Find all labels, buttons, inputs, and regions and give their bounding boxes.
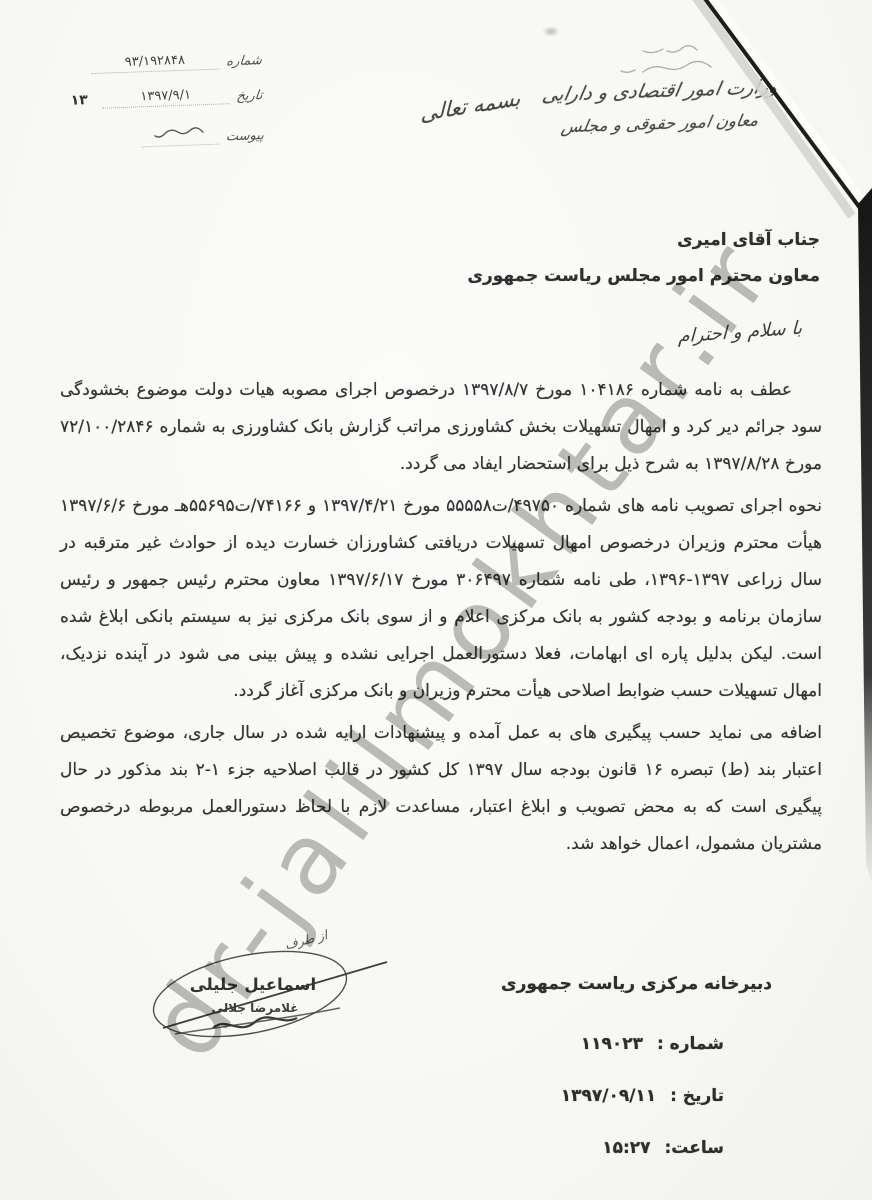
body-paragraph-1: عطف به نامه شماره ۱۰۴۱۸۶ مورخ ۱۳۹۷/۸/۷ د… bbox=[60, 372, 822, 483]
letterhead-emblem-scribble-icon bbox=[585, 40, 735, 78]
letterhead-department: معاون امور حقوقی و مجلس bbox=[523, 109, 796, 137]
ref-attachment-label: پیوست bbox=[225, 128, 264, 144]
secretariat-date-value: ۱۳۹۷/۰۹/۱۱ bbox=[561, 1086, 656, 1106]
ref-number-row: شماره ۹۳/۱۹۲۸۴۸ bbox=[36, 50, 261, 76]
ref-attachment-row: پیوست bbox=[39, 120, 265, 151]
secretariat-time-value: ۱۵:۲۷ bbox=[602, 1138, 650, 1158]
signature-block: از طرف اسماعیل جلیلی غلامرضا جلالی bbox=[135, 922, 395, 1052]
secretariat-number-row: شماره : ۱۱۹۰۲۳ bbox=[432, 1032, 772, 1056]
secretariat-time-row: ساعت: ۱۵:۲۷ bbox=[432, 1136, 772, 1160]
recipient-block: جناب آقای امیری معاون محترم امور مجلس ری… bbox=[467, 222, 820, 294]
ref-date-value: ۱۳۹۷/۹/۱ bbox=[101, 86, 230, 108]
secretariat-date-row: تاریخ : ۱۳۹۷/۰۹/۱۱ bbox=[432, 1084, 772, 1108]
ref-attachment-scribble bbox=[141, 122, 220, 148]
handwriting-scribble-icon bbox=[151, 122, 210, 140]
secretariat-number-value: ۱۱۹۰۲۳ bbox=[581, 1034, 643, 1054]
stamp-secondary-name: غلامرضا جلالی bbox=[212, 1001, 299, 1015]
scan-edge-shadow bbox=[858, 188, 872, 884]
ref-date-row: تاریخ ۱۳۹۷/۹/۱ ۱۳ bbox=[37, 85, 262, 111]
besmele-calligraphy: بسمه تعالی bbox=[399, 82, 543, 129]
letterhead: وزارت امور اقتصادی و دارایی معاون امور ح… bbox=[526, 40, 794, 133]
reference-stamp: شماره ۹۳/۱۹۲۸۴۸ تاریخ ۱۳۹۷/۹/۱ ۱۳ پیوست bbox=[36, 50, 265, 168]
secretariat-title: دبیرخانه مرکزی ریاست جمهوری bbox=[432, 972, 772, 996]
stamp-name: اسماعیل جلیلی bbox=[190, 975, 316, 994]
secretariat-date-label: تاریخ : bbox=[670, 1086, 724, 1106]
secretariat-stamp: دبیرخانه مرکزی ریاست جمهوری شماره : ۱۱۹۰… bbox=[432, 972, 772, 1188]
letterhead-ministry: وزارت امور اقتصادی و دارایی bbox=[523, 75, 797, 106]
scanned-letter-page: شماره ۹۳/۱۹۲۸۴۸ تاریخ ۱۳۹۷/۹/۱ ۱۳ پیوست … bbox=[0, 0, 872, 1200]
letter-body: عطف به نامه شماره ۱۰۴۱۸۶ مورخ ۱۳۹۷/۸/۷ د… bbox=[60, 372, 822, 868]
body-paragraph-3: اضافه می نماید حسب پیگیری های به عمل آمد… bbox=[60, 715, 822, 863]
body-paragraph-2: نحوه اجرای تصویب نامه های شماره ۴۹۷۵۰/ت۵… bbox=[60, 488, 822, 710]
handwritten-greeting: با سلام و احترام bbox=[677, 318, 802, 348]
recipient-title: معاون محترم امور مجلس ریاست جمهوری bbox=[467, 258, 820, 294]
secretariat-number-label: شماره : bbox=[657, 1034, 724, 1054]
ref-number-value: ۹۳/۱۹۲۸۴۸ bbox=[91, 52, 220, 74]
ref-date-label: تاریخ bbox=[236, 88, 263, 104]
secretariat-time-label: ساعت: bbox=[664, 1138, 724, 1158]
scan-smudge bbox=[542, 26, 560, 37]
ref-number-label: شماره bbox=[225, 53, 262, 69]
ref-margin-number: ۱۳ bbox=[70, 92, 88, 109]
recipient-name: جناب آقای امیری bbox=[467, 222, 820, 258]
on-behalf-note: از طرف bbox=[283, 927, 330, 953]
